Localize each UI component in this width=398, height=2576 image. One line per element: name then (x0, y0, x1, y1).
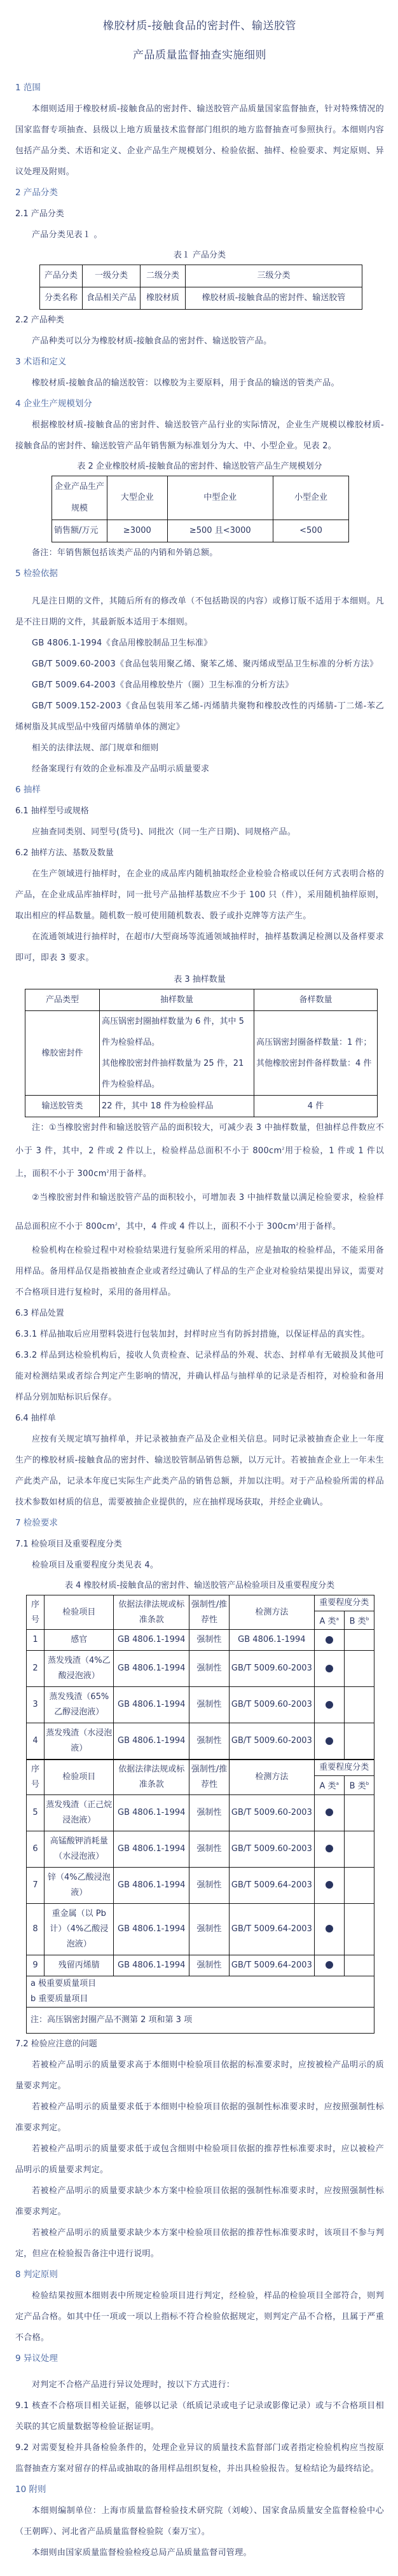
table3-note-2: ②当橡胶密封件和输送胶管产品的面积较小，可增加表 3 中抽样数量以满足检验要求，… (15, 1185, 384, 1240)
section-9-heading: 9 异议处理 (15, 2348, 384, 2369)
table-row: 9残留丙烯腈GB 4806.1-1994强制性GB/T 5009.64-2003 (27, 1955, 374, 1976)
table-cell: 9 (27, 1955, 45, 1976)
table-cell: GB 4806.1-1994 (114, 1955, 189, 1976)
table-header-cell: 检验项目 (45, 1595, 114, 1629)
table-cell: 强制性 (189, 1723, 229, 1760)
table-cell: ≥500 且<3000 (167, 520, 273, 542)
importance-class-cell (314, 1831, 344, 1867)
section-9-1: 9.1 核查不合格项目相关证据，能够以记录（纸质记录或电子记录或影像记录）或与不… (15, 2395, 384, 2437)
table1-product-classification: 产品分类 一级分类 二级分类 三级分类 分类名称 食品相关产品 橡胶材质 橡胶材… (39, 265, 362, 310)
table-header-cell: 依据法律法规或标准条款 (114, 1760, 189, 1794)
importance-class-cell (314, 1651, 344, 1687)
section-8-paragraph: 检验结果按照本细则表中所规定检验项目进行判定，经检验，样品的检验项目全部符合，则… (15, 2285, 384, 2348)
section-2-1-paragraph: 产品分类见表１ 。 (15, 224, 384, 245)
importance-class-cell (314, 1867, 344, 1903)
table-cell: GB 4806.1-1994 (230, 1630, 314, 1651)
table-note-row: 注：高压锅密封圈产品不测第 2 项和第 3 项 (27, 2007, 374, 2033)
table-header-cell: 检验项目 (45, 1760, 114, 1794)
table-cell: 2 (27, 1651, 45, 1687)
table-cell: GB/T 5009.60-2003 (230, 1723, 314, 1760)
table3-sampling-quantity: 产品类型 抽样数量 备样数量 橡胶密封件 高压锅密封圈抽样数量为 6 件，其中 … (25, 989, 378, 1117)
table-header-cell: 序号 (27, 1595, 45, 1629)
section-7-2-paragraph: 若被检产品明示的质量要求高于本细则中检验项目依据的标准要求时，应按被检产品明示的… (15, 2055, 384, 2097)
section-1-heading: 1 范围 (15, 78, 384, 99)
filled-circle-icon (326, 1701, 333, 1709)
section-6-2-paragraph-2: 在流通领域进行抽样时，在超市/大型商场等流通领域抽样时，抽样基数满足检测以及备样… (15, 926, 384, 968)
importance-class-cell (344, 1867, 374, 1903)
recheck-paragraph: 检验机构在检验过程中对检验结果进行复验所采用的样品，应是抽取的检验样品，不能采用… (15, 1240, 384, 1303)
table-cell: 二级分类 (141, 265, 186, 287)
table-cell: 3 (27, 1687, 45, 1723)
table-row: 6高锰酸钾消耗量（水浸泡液）GB 4806.1-1994强制性GB/T 5009… (27, 1831, 374, 1867)
table-cell: <500 (273, 520, 349, 542)
importance-class-cell (344, 1955, 374, 1976)
table-row: 3蒸发残渣（65%乙醇浸泡液）GB 4806.1-1994强制性GB/T 500… (27, 1687, 374, 1723)
section-9-2: 9.2 对需要复检并具备检验条件的，处理企业异议的质量技术监督部门或者指定检验机… (15, 2437, 384, 2479)
filled-circle-icon (326, 1808, 333, 1816)
table-cell: 强制性 (189, 1651, 229, 1687)
table-header-cell: 重要程度分类 (314, 1595, 374, 1611)
document-page: 橡胶材质-接触食品的密封件、输送胶管 产品质量监督抽查实施细则 1 范围 本细则… (0, 0, 398, 2576)
table-cell: 强制性 (189, 1794, 229, 1831)
cell-line: 其他橡胶密封件备样数量：4 件 (256, 1053, 375, 1074)
table-cell: 锌（4%乙酸浸泡液） (45, 1867, 114, 1903)
table-cell: 强制性 (189, 1687, 229, 1723)
table-cell: 橡胶材质-接触食品的密封件、输送胶管 (186, 287, 362, 310)
table-cell: 蒸发残渣（4%乙酸浸泡液） (45, 1651, 114, 1687)
table-header-cell: B 类b (344, 1776, 374, 1794)
cell-line: 高压锅密封圈抽样数量为 6 件，其中 5 件为检验样品。 (102, 1011, 252, 1053)
table-cell: 销售额/万元 (52, 520, 107, 542)
section-6-3-1: 6.3.1 样品抽取后应用塑料袋进行包装加封，封样时应当有防拆封措施，以保证样品… (15, 1324, 384, 1345)
section-3-paragraph: 橡胶材质-接触食品的输送胶管：以橡胶为主要原料，用于食品的输送的管类产品。 (15, 373, 384, 394)
table-header-cell: 重要程度分类 (314, 1760, 374, 1776)
section-1-paragraph: 本细则适用于橡胶材质-接触食品的密封件、输送胶管产品质量国家监督抽查，针对特殊情… (15, 99, 384, 183)
table2-caption: 表 2 企业橡胶材质-接触食品的密封件、输送胶管产品生产规模划分 (15, 458, 384, 476)
reference-standard: 经备案现行有效的企业标准及产品明示质量要求 (15, 759, 384, 780)
section-6-4-paragraph: 应按有关规定填写抽样单，并记录被抽查产品及企业相关信息。同时记录被抽查企业上一年… (15, 1429, 384, 1513)
importance-class-cell (314, 1687, 344, 1723)
section-9-paragraph: 对判定不合格产品进行异议处理时，按以下方式进行： (15, 2374, 384, 2395)
table-header-row: 产品分类 一级分类 二级分类 三级分类 (40, 265, 362, 287)
section-2-heading: 2 产品分类 (15, 183, 384, 203)
section-5-heading: 5 检验依据 (15, 563, 384, 584)
table-cell: 强制性 (189, 1630, 229, 1651)
filled-circle-icon (326, 1636, 333, 1644)
table-cell: 6 (27, 1831, 45, 1867)
section-10-paragraph-2: 本细则由国家质量监督检验检疫总局产品质量监督司管理。 (15, 2542, 384, 2563)
section-7-2-paragraph: 若被检产品明示的质量要求缺少本方案中检验项目依据的强制性标准要求时，应按照强制性… (15, 2180, 384, 2222)
table-header-cell: 检测方法 (230, 1760, 314, 1794)
table-cell: 蒸发残渣（正己烷浸泡液） (45, 1794, 114, 1831)
table-cell: ≥3000 (107, 520, 168, 542)
table-header-row-repeat: 序号 检验项目 依据法律法规或标准条款 强制性/推荐性 检测方法 重要程度分类 (27, 1760, 374, 1776)
table-cell: 蒸发残渣（水浸泡液） (45, 1723, 114, 1760)
table-cell: 中型企业 (167, 476, 273, 520)
table-header-row: 产品类型 抽样数量 备样数量 (25, 989, 378, 1011)
table-row: 8重金属（以 Pb 计）（4%乙酸浸泡液）GB 4806.1-1994强制性GB… (27, 1903, 374, 1955)
section-4-heading: 4 企业生产规模划分 (15, 394, 384, 415)
table-header-cell: 序号 (27, 1760, 45, 1794)
table2-enterprise-scale: 企业产品生产规模 大型企业 中型企业 小型企业 销售额/万元 ≥3000 ≥50… (51, 476, 349, 542)
table-header-cell: 依据法律法规或标准条款 (114, 1595, 189, 1629)
table-cell: 强制性 (189, 1903, 229, 1955)
table-cell: 强制性 (189, 1955, 229, 1976)
reference-standard: GB 4806.1-1994《食品用橡胶制品卫生标准》 (15, 633, 384, 654)
table-cell: 橡胶材质 (141, 287, 186, 310)
table-footnote-cell: a 极重要质量项目 b 重要质量项目 (27, 1976, 374, 2007)
importance-class-cell (344, 1630, 374, 1651)
table-cell: 企业产品生产规模 (52, 476, 107, 520)
table4-caption: 表 4 橡胶材质-接触食品的密封件、输送胶管产品检验项目及重要程度分类 (15, 1577, 384, 1595)
filled-circle-icon (326, 1737, 333, 1745)
section-6-2-heading: 6.2 抽样方法、基数及数量 (15, 843, 384, 864)
filled-circle-icon (326, 1925, 333, 1932)
table-header-row: 企业产品生产规模 大型企业 中型企业 小型企业 (52, 476, 349, 520)
table-cell: 4 件 (254, 1096, 378, 1117)
table-cell: 小型企业 (273, 476, 349, 520)
table-row: 分类名称 食品相关产品 橡胶材质 橡胶材质-接触食品的密封件、输送胶管 (40, 287, 362, 310)
table-header-row: 序号 检验项目 依据法律法规或标准条款 强制性/推荐性 检测方法 重要程度分类 (27, 1595, 374, 1611)
filled-circle-icon (326, 1961, 333, 1969)
table-cell: 输送胶管类 (25, 1096, 100, 1117)
table-cell: 三级分类 (186, 265, 362, 287)
table-header-cell: A 类a (314, 1776, 344, 1794)
section-8-heading: 8 判定原则 (15, 2264, 384, 2285)
table-cell: 产品分类 (40, 265, 83, 287)
reference-standard: GB/T 5009.60-2003《食品包装用聚乙烯、聚苯乙烯、聚丙烯成型品卫生… (15, 654, 384, 675)
filled-circle-icon (326, 1881, 333, 1889)
table-cell: GB/T 5009.64-2003 (230, 1955, 314, 1976)
section-6-1-heading: 6.1 抽样型号或规格 (15, 801, 384, 822)
section-2-2-paragraph: 产品种类可以分为橡胶材质-接触食品的密封件、输送胶管产品。 (15, 331, 384, 352)
table-cell: GB/T 5009.64-2003 (230, 1903, 314, 1955)
table-cell: GB 4806.1-1994 (114, 1651, 189, 1687)
table-header-cell: B 类b (344, 1611, 374, 1629)
table-cell: GB 4806.1-1994 (114, 1903, 189, 1955)
table-cell: 一级分类 (83, 265, 141, 287)
table-cell: 1 (27, 1630, 45, 1651)
table-cell: 4 (27, 1723, 45, 1760)
table-header-cell: 强制性/推荐性 (189, 1760, 229, 1794)
section-2-1-heading: 2.1 产品分类 (15, 203, 384, 224)
table-row: 7锌（4%乙酸浸泡液）GB 4806.1-1994强制性GB/T 5009.64… (27, 1867, 374, 1903)
table-cell: 重金属（以 Pb 计）（4%乙酸浸泡液） (45, 1903, 114, 1955)
table-row: 橡胶密封件 高压锅密封圈抽样数量为 6 件，其中 5 件为检验样品。 其他橡胶密… (25, 1011, 378, 1096)
section-7-1-heading: 7.1 检验项目及重要程度分类 (15, 1534, 384, 1555)
table-cell: 食品相关产品 (83, 287, 141, 310)
table-cell: 高压锅密封圈备样数量：1 件； 其他橡胶密封件备样数量：4 件 (254, 1011, 378, 1096)
table-cell: GB/T 5009.64-2003 (230, 1867, 314, 1903)
section-7-2-heading: 7.2 检验应注意的问题 (15, 2034, 384, 2055)
section-7-1-paragraph: 检验项目及重要程度分类见表 4。 (15, 1555, 384, 1576)
section-6-3-2: 6.3.2 样品到达检验机构后，接收人负责检查、记录样品的外观、状态、封样单有无… (15, 1345, 384, 1408)
table1-caption: 表１ 产品分类 (15, 247, 384, 265)
table-cell: GB 4806.1-1994 (114, 1630, 189, 1651)
reference-standard: 相关的法律法规、部门规章和细则 (15, 738, 384, 759)
table-cell: GB 4806.1-1994 (114, 1687, 189, 1723)
filled-circle-icon (326, 1665, 333, 1672)
section-6-2-paragraph-1: 在生产领域进行抽样时，在企业的成品库内随机抽取经企业检验合格或以任何方式表明合格… (15, 864, 384, 926)
section-2-2-heading: 2.2 产品种类 (15, 310, 384, 331)
table4-body-page-2: 5蒸发残渣（正己烷浸泡液）GB 4806.1-1994强制性GB/T 5009.… (27, 1794, 374, 1976)
table-cell: 强制性 (189, 1831, 229, 1867)
table-note-cell: 注：高压锅密封圈产品不测第 2 项和第 3 项 (27, 2007, 374, 2033)
table-header-cell: 强制性/推荐性 (189, 1595, 229, 1629)
document-title-line1: 橡胶材质-接触食品的密封件、输送胶管 (15, 11, 384, 41)
table-cell: 抽样数量 (100, 989, 254, 1011)
section-7-2-paragraph: 若被检产品明示的质量要求缺少本方案中检验项目依据的推荐性标准要求时，该项目不参与… (15, 2222, 384, 2264)
section-6-heading: 6 抽样 (15, 780, 384, 801)
table-cell: GB/T 5009.60-2003 (230, 1687, 314, 1723)
table-cell: 产品类型 (25, 989, 100, 1011)
reference-standard: GB/T 5009.152-2003《食品包装用苯乙烯-丙烯腈共聚物和橡胶改性的… (15, 696, 384, 738)
section-3-heading: 3 术语和定义 (15, 352, 384, 373)
importance-class-cell (344, 1831, 374, 1867)
table-cell: 22 件，其中 18 件为检验样品 (100, 1096, 254, 1117)
cell-line: 其他橡胶密封件抽样数量为 25 件，21 件为检验样品。 (102, 1053, 252, 1095)
table-cell: 备样数量 (254, 989, 378, 1011)
table-cell: 高压锅密封圈抽样数量为 6 件，其中 5 件为检验样品。 其他橡胶密封件抽样数量… (100, 1011, 254, 1096)
importance-class-cell (344, 1903, 374, 1955)
table-cell: 7 (27, 1867, 45, 1903)
table-cell: GB 4806.1-1994 (114, 1723, 189, 1760)
table-cell: GB/T 5009.60-2003 (230, 1651, 314, 1687)
table-row: 输送胶管类 22 件，其中 18 件为检验样品 4 件 (25, 1096, 378, 1117)
importance-class-cell (314, 1903, 344, 1955)
table-cell: 分类名称 (40, 287, 83, 310)
table4-body-page-1: 1感官GB 4806.1-1994强制性GB 4806.1-19942蒸发残渣（… (27, 1630, 374, 1760)
table-cell: 感官 (45, 1630, 114, 1651)
importance-class-cell (344, 1794, 374, 1831)
document-title-line2: 产品质量监督抽查实施细则 (15, 41, 384, 70)
table-cell: 5 (27, 1794, 45, 1831)
importance-class-cell (314, 1723, 344, 1760)
importance-class-cell (314, 1630, 344, 1651)
table-header-cell: A 类a (314, 1611, 344, 1629)
table-row: 销售额/万元 ≥3000 ≥500 且<3000 <500 (52, 520, 349, 542)
table-cell: GB 4806.1-1994 (114, 1831, 189, 1867)
footnote-a: a 极重要质量项目 (31, 1976, 373, 1992)
table-row: 1感官GB 4806.1-1994强制性GB 4806.1-1994 (27, 1630, 374, 1651)
table-header-cell: 检测方法 (230, 1595, 314, 1629)
filled-circle-icon (326, 1845, 333, 1852)
section-4-paragraph: 根据橡胶材质-接触食品的密封件、输送胶管产品行业的实际情况，企业生产规模以橡胶材… (15, 415, 384, 457)
section-6-1-paragraph: 应抽查同类别、同型号(货号)、同批次（同一生产日期)、同规格产品。 (15, 822, 384, 843)
table-cell: 残留丙烯腈 (45, 1955, 114, 1976)
table4-inspection-items: 序号 检验项目 依据法律法规或标准条款 强制性/推荐性 检测方法 重要程度分类 … (26, 1595, 374, 2034)
table-cell: 强制性 (189, 1867, 229, 1903)
importance-class-cell (344, 1723, 374, 1760)
section-5-paragraph: 凡是注日期的文件，其随后所有的修改单（不包括勘误的内容）或修订版不适用于本细则。… (15, 591, 384, 633)
importance-class-cell (314, 1794, 344, 1831)
table-cell: 大型企业 (107, 476, 168, 520)
table-cell: 8 (27, 1903, 45, 1955)
section-7-2-paragraph: 若被检产品明示的质量要求低于或包含细则中检验项目依据的推荐性标准要求时，应以被检… (15, 2139, 384, 2180)
table-cell: 蒸发残渣（65%乙醇浸泡液） (45, 1687, 114, 1723)
table-cell: GB/T 5009.60-2003 (230, 1831, 314, 1867)
table-footnote-row: a 极重要质量项目 b 重要质量项目 (27, 1976, 374, 2007)
table-cell: GB/T 5009.60-2003 (230, 1794, 314, 1831)
section-10-heading: 10 附则 (15, 2479, 384, 2500)
importance-class-cell (344, 1687, 374, 1723)
section-7-heading: 7 检验要求 (15, 1513, 384, 1534)
table-cell: GB 4806.1-1994 (114, 1794, 189, 1831)
footnote-b: b 重要质量项目 (31, 1992, 373, 2007)
section-6-4-heading: 6.4 抽样单 (15, 1408, 384, 1429)
table-cell: 高锰酸钾消耗量（水浸泡液） (45, 1831, 114, 1867)
importance-class-cell (314, 1955, 344, 1976)
table-row: 4蒸发残渣（水浸泡液）GB 4806.1-1994强制性GB/T 5009.60… (27, 1723, 374, 1760)
table3-caption: 表 3 抽样数量 (15, 971, 384, 989)
table3-note-1: 注：①当橡胶密封件和输送胶管产品的面积较大，可减少表 3 中抽样数量，但抽样总件… (15, 1117, 384, 1185)
table2-note: 备注：年销售额包括该类产品的内销和外销总额。 (15, 542, 384, 563)
section-6-3-heading: 6.3 样品处置 (15, 1303, 384, 1324)
table-row: 5蒸发残渣（正己烷浸泡液）GB 4806.1-1994强制性GB/T 5009.… (27, 1794, 374, 1831)
reference-standard: GB/T 5009.64-2003《食品用橡胶垫片（圈）卫生标准的分析方法》 (15, 675, 384, 696)
table-cell: 橡胶密封件 (25, 1011, 100, 1096)
table-cell: GB 4806.1-1994 (114, 1867, 189, 1903)
importance-class-cell (344, 1651, 374, 1687)
section-10-paragraph-1: 本细则编制单位：上海市质量监督检验技术研究院（刘峻）、国家食品质量安全监督检验中… (15, 2500, 384, 2542)
section-7-2-paragraph: 若被检产品明示的质量要求低于本细则中检验项目依据的强制性标准要求时，应按照强制性… (15, 2097, 384, 2139)
table-row: 2蒸发残渣（4%乙酸浸泡液）GB 4806.1-1994强制性GB/T 5009… (27, 1651, 374, 1687)
cell-line: 高压锅密封圈备样数量：1 件； (256, 1032, 375, 1053)
